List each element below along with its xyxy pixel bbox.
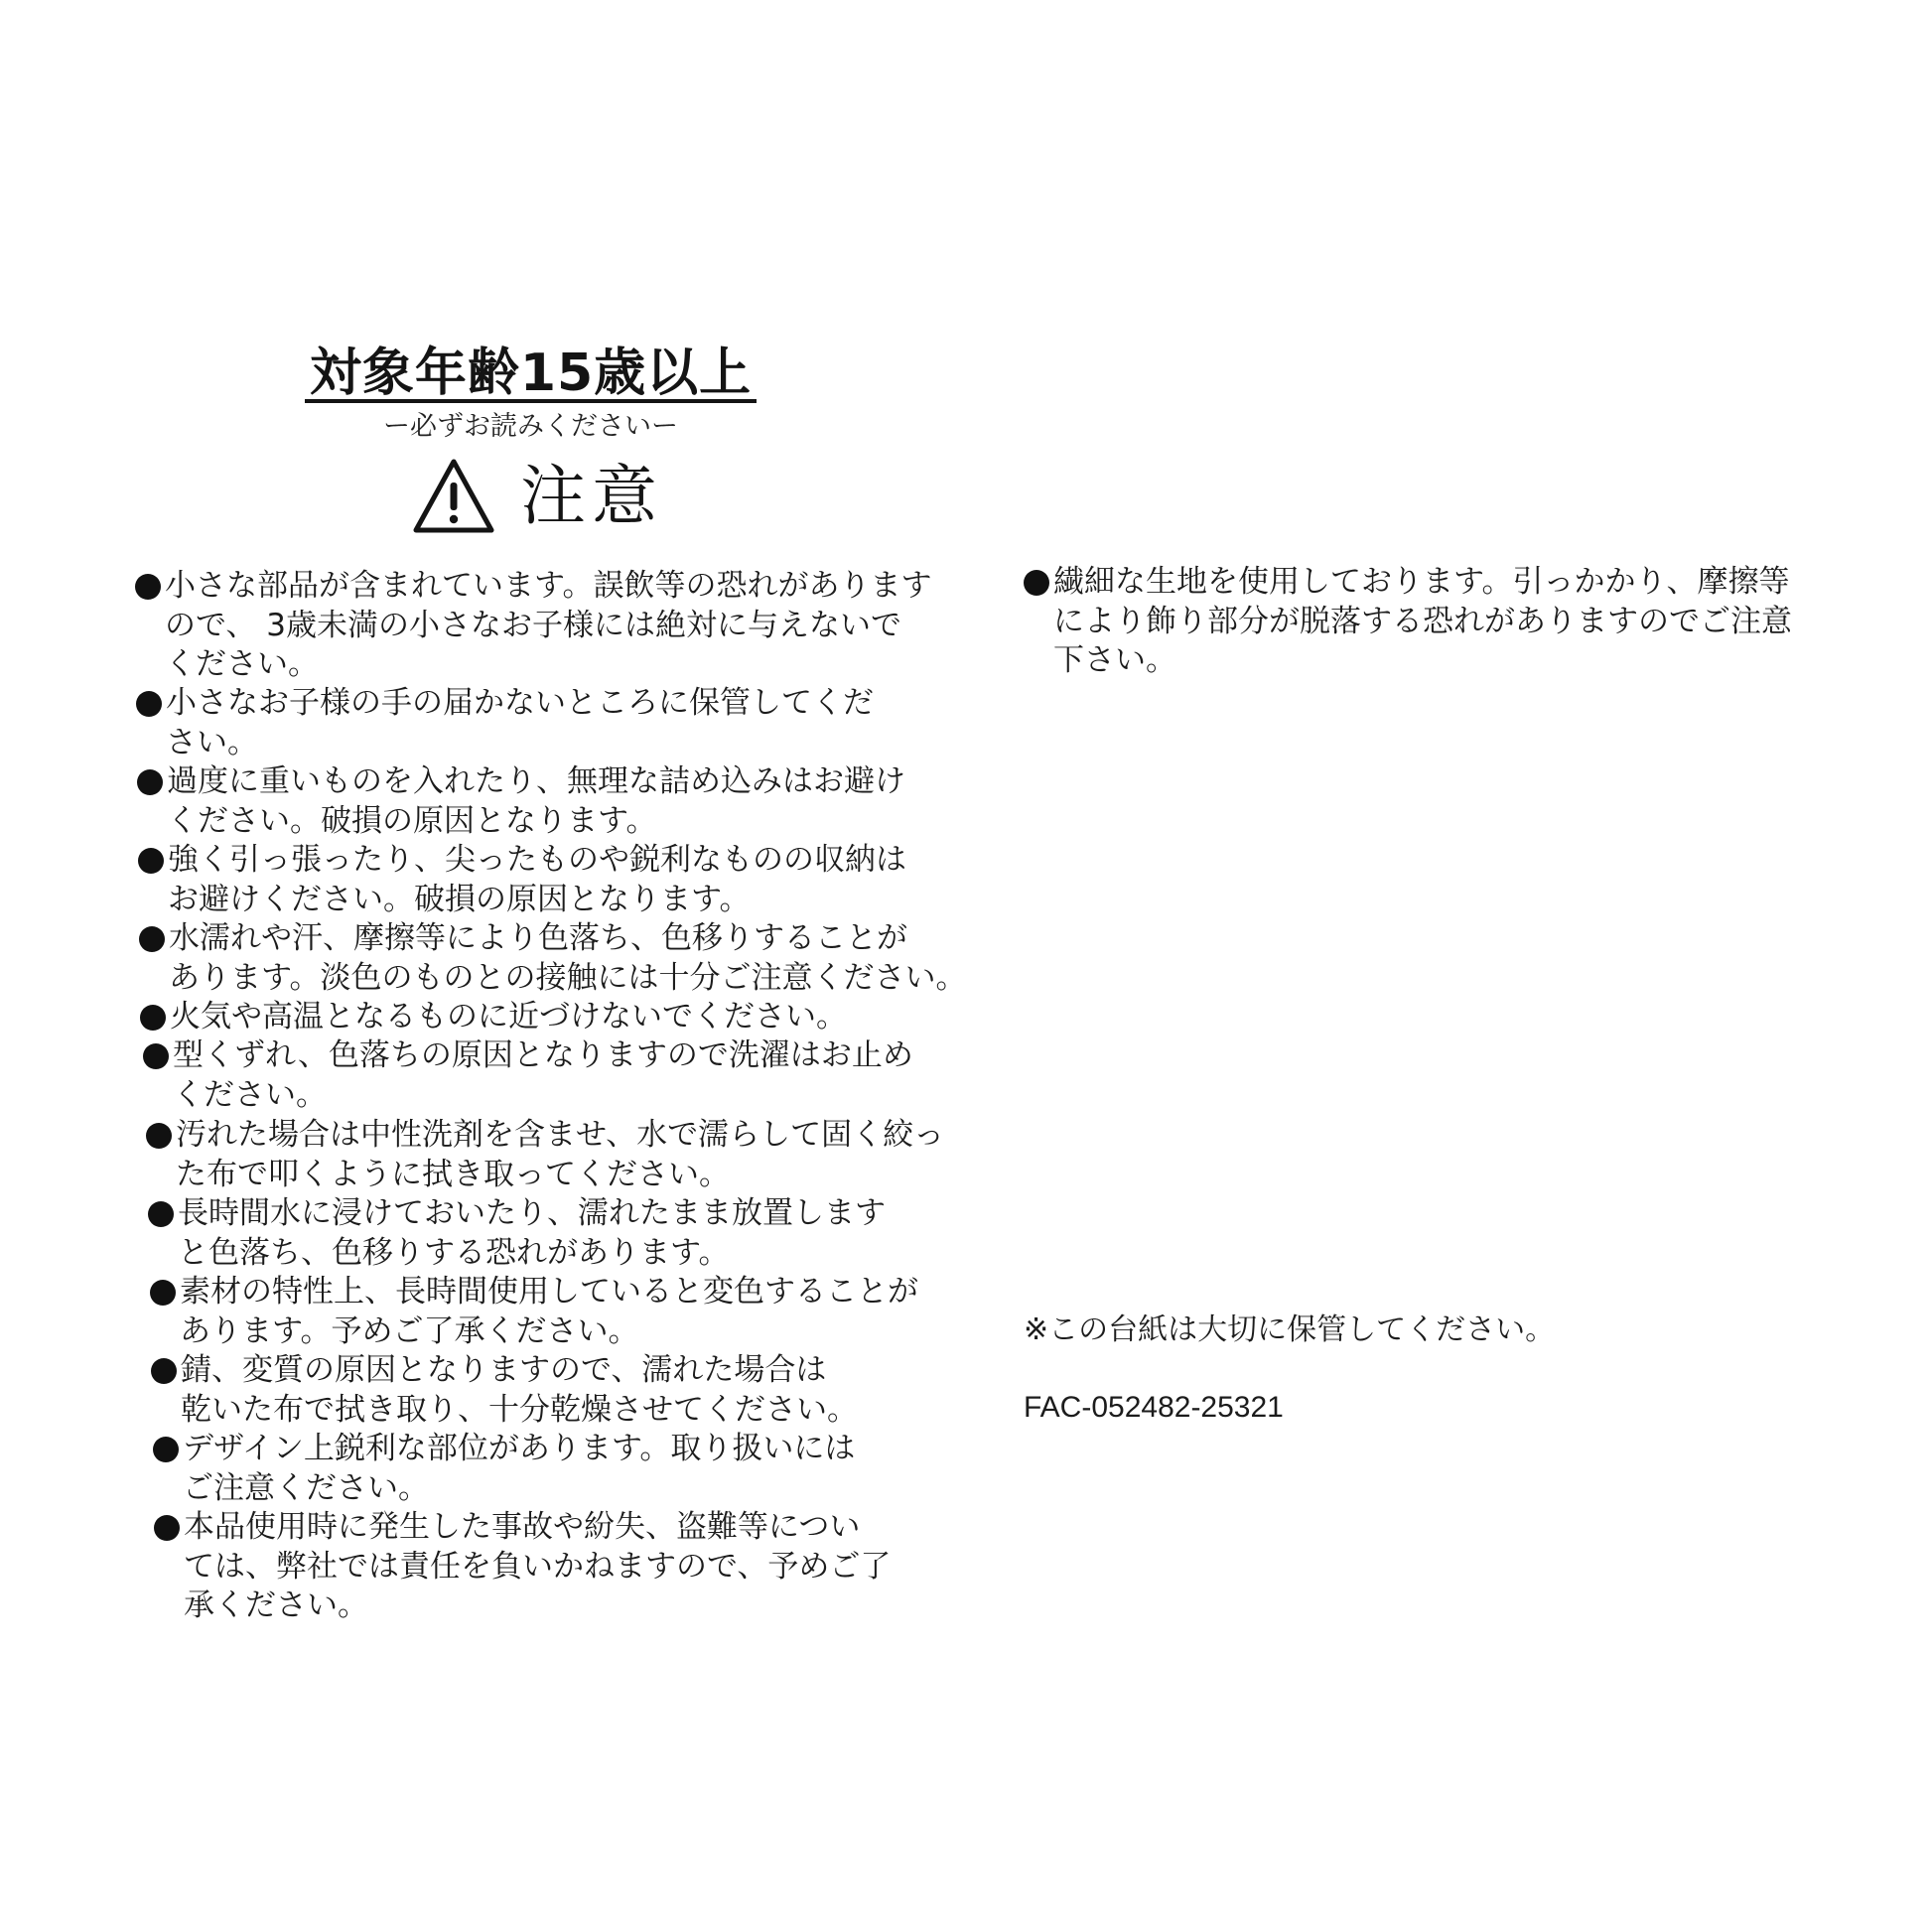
- bullet-icon: [140, 1005, 166, 1031]
- age-rating-title: 対象年齢15歳以上: [305, 345, 757, 401]
- bullet-icon: [148, 1201, 174, 1227]
- product-code: FAC-052482-25321: [1024, 1390, 1284, 1426]
- bullet-icon: [136, 691, 162, 717]
- item-line: 強く引っ張ったり、尖ったものや鋭利なものの収納は: [168, 841, 906, 881]
- bullet-icon: [137, 769, 163, 795]
- title-underline: [305, 399, 757, 403]
- item-line: 素材の特性上、長時間使用していると変色することが: [180, 1273, 918, 1312]
- keep-sheet-note: ※この台紙は大切に保管してください。: [1024, 1312, 1555, 1348]
- item-line: 本品使用時に発生した事故や紛失、盗難等につい: [184, 1508, 891, 1548]
- item-line: 過度に重いものを入れたり、無理な詰め込みはお避け: [167, 762, 905, 802]
- item-line: ので、 3歳未満の小さなお子様には絶対に与えないで: [165, 607, 932, 646]
- item-line: により飾り部分が脱落する恐れがありますのでご注意: [1053, 603, 1792, 642]
- item-line: ください。破損の原因となります。: [167, 802, 905, 842]
- item-line: 水濡れや汗、摩擦等により色落ち、色移りすることが: [169, 919, 967, 959]
- item-line: 下さい。: [1053, 641, 1792, 681]
- must-read-subtitle: ー必ずお読みくださいー: [305, 411, 757, 443]
- item-line: ご注意ください。: [183, 1469, 855, 1509]
- item-line: 乾いた布で拭き取り、十分乾燥させてください。: [181, 1391, 858, 1431]
- item-line: 火気や高温となるものに近づけないでください。: [170, 998, 847, 1037]
- item-line: た布で叩くように拭き取ってください。: [176, 1156, 944, 1195]
- item-line: お避けください。破損の原因となります。: [168, 881, 906, 920]
- item-line: 小さなお子様の手の届かないところに保管してくだ: [166, 684, 874, 724]
- bullet-icon: [154, 1515, 180, 1541]
- caution-label: 注意: [520, 457, 663, 536]
- bullet-icon: [153, 1437, 179, 1462]
- bullet-icon: [150, 1280, 176, 1306]
- bullet-icon: [135, 574, 161, 600]
- bullet-icon: [138, 848, 164, 874]
- bullet-icon: [139, 926, 165, 952]
- bullet-icon: [151, 1358, 177, 1384]
- bullet-icon: [1024, 570, 1049, 596]
- bullet-icon: [146, 1123, 172, 1149]
- item-line: あります。淡色のものとの接触には十分ご注意ください。: [169, 959, 967, 999]
- item-line: 承ください。: [184, 1587, 891, 1626]
- item-line: 型くずれ、色落ちの原因となりますので洗濯はお止め: [173, 1036, 913, 1076]
- item-line: ください。: [165, 645, 932, 685]
- item-line: ください。: [173, 1076, 913, 1116]
- item-line: と色落ち、色移りする恐れがあります。: [178, 1234, 886, 1274]
- item-line: 小さな部品が含まれています。誤飲等の恐れがあります: [165, 567, 932, 607]
- warning-triangle-icon: [411, 457, 496, 536]
- item-line: 汚れた場合は中性洗剤を含ませ、水で濡らして固く絞っ: [176, 1116, 944, 1156]
- item-line: 長時間水に浸けておいたり、濡れたまま放置します: [178, 1194, 886, 1234]
- caution-heading: 注意: [411, 455, 663, 538]
- item-line: ては、弊社では責任を負いかねますので、予めご了: [184, 1548, 891, 1587]
- item-line: あります。予めご了承ください。: [180, 1312, 918, 1352]
- bullet-icon: [143, 1043, 169, 1069]
- item-line: さい。: [166, 724, 874, 763]
- item-line: 錆、変質の原因となりますので、濡れた場合は: [181, 1351, 858, 1391]
- item-line: 繊細な生地を使用しております。引っかかり、摩擦等: [1053, 563, 1792, 603]
- item-line: デザイン上鋭利な部位があります。取り扱いには: [183, 1430, 855, 1469]
